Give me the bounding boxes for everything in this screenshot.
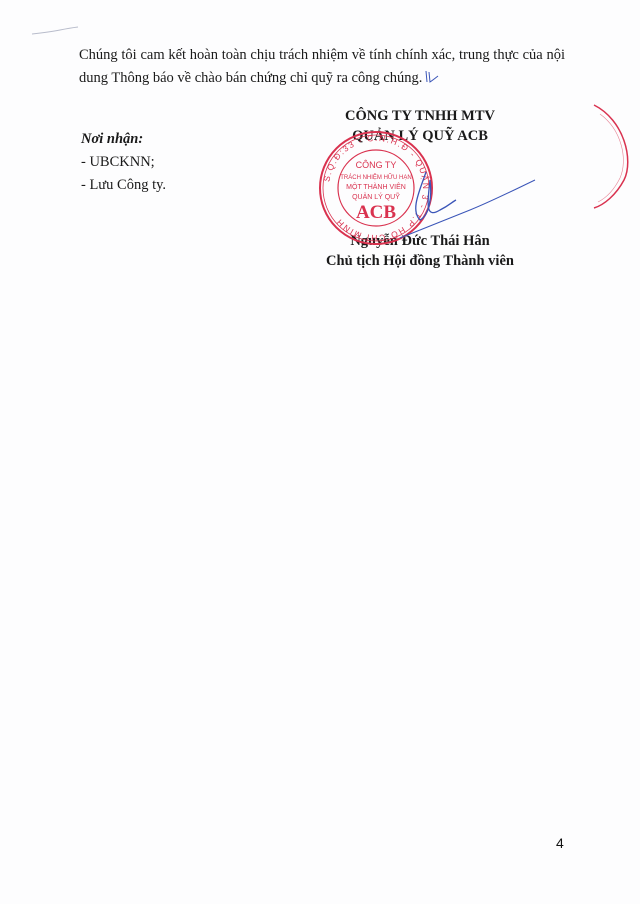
initial-mark-icon bbox=[422, 70, 440, 84]
recipients-block: Nơi nhận: - UBCKNN; - Lưu Công ty. bbox=[81, 128, 166, 197]
recipient-item: - Lưu Công ty. bbox=[81, 174, 166, 197]
signer-title: Chủ tịch Hội đồng Thành viên bbox=[300, 251, 540, 271]
scan-artifact-mark bbox=[30, 26, 80, 36]
commitment-paragraph: Chúng tôi cam kết hoàn toàn chịu trách n… bbox=[79, 44, 565, 90]
recipient-item: - UBCKNN; bbox=[81, 151, 166, 174]
paragraph-line-2-text: dung Thông báo về chào bán chứng chỉ quỹ… bbox=[79, 70, 422, 86]
handwritten-signature-icon bbox=[380, 160, 540, 240]
company-line-1: CÔNG TY TNHH MTV bbox=[300, 106, 540, 126]
paragraph-line-2: dung Thông báo về chào bán chứng chỉ quỹ… bbox=[79, 67, 565, 90]
page-number: 4 bbox=[556, 835, 564, 851]
partial-seal-edge-icon bbox=[584, 100, 640, 210]
document-page: Chúng tôi cam kết hoàn toàn chịu trách n… bbox=[0, 0, 640, 904]
recipients-heading: Nơi nhận: bbox=[81, 128, 166, 151]
paragraph-line-1: Chúng tôi cam kết hoàn toàn chịu trách n… bbox=[79, 44, 565, 67]
